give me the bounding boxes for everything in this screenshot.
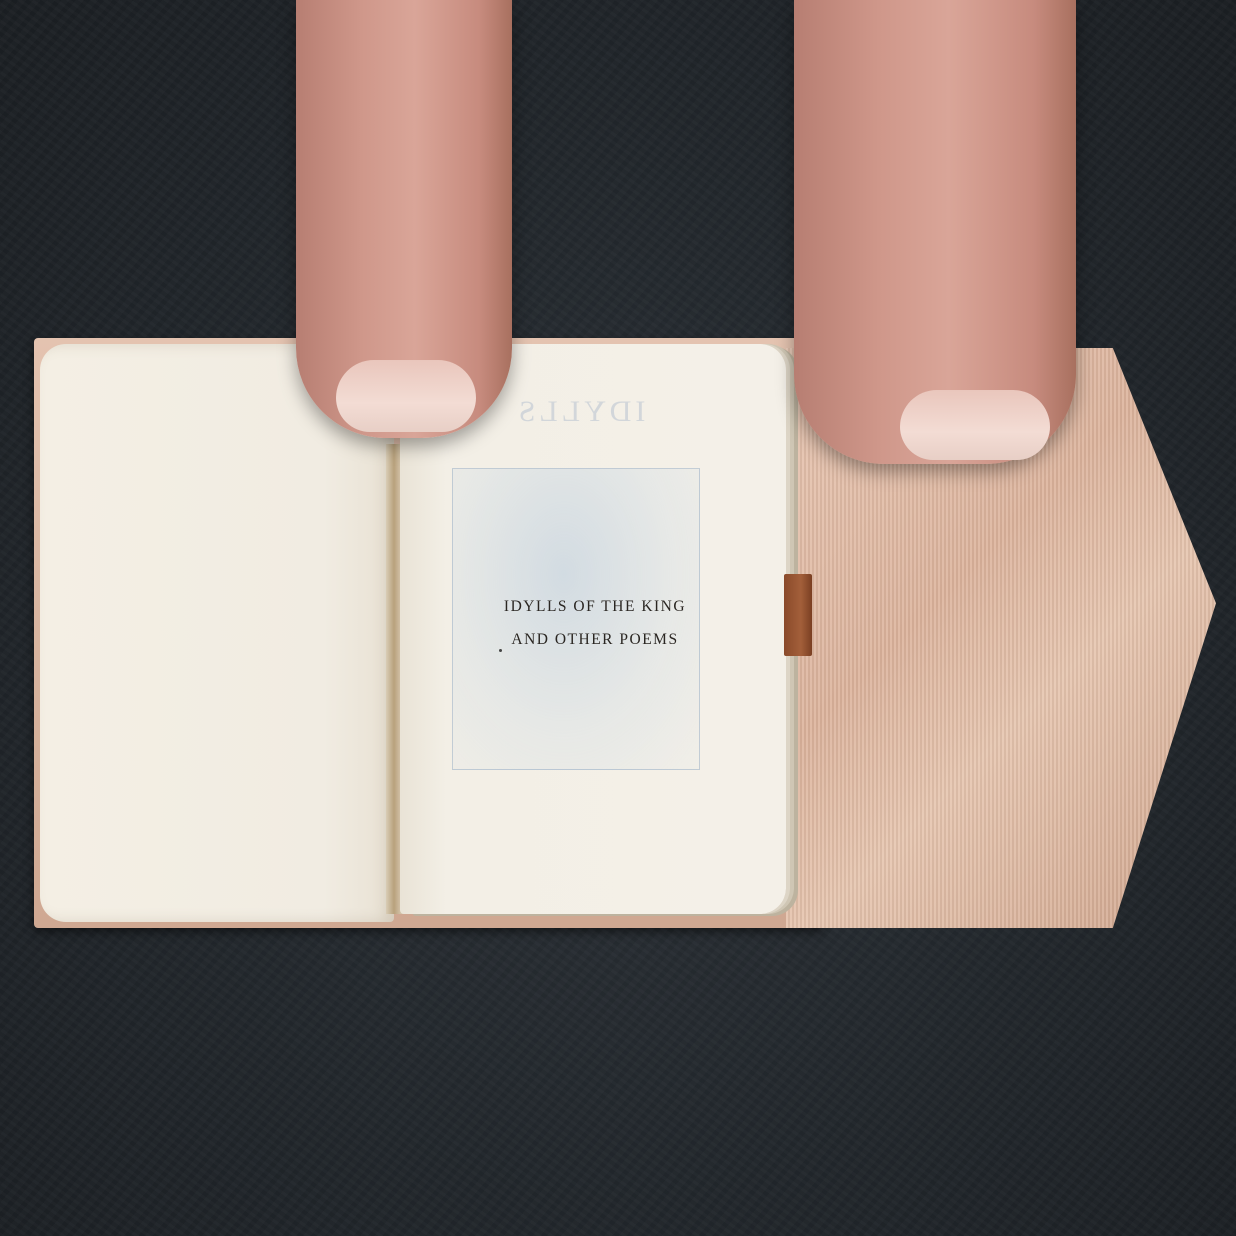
clasp-tab [784,574,812,656]
left-endpaper [40,344,394,922]
right-fingernail [900,390,1050,460]
title-line-2: AND OTHER POEMS [400,623,790,656]
title-line-1: IDYLLS OF THE KING [400,590,790,623]
left-fingernail [336,360,476,432]
title-ornament [499,649,502,652]
book-title: IDYLLS OF THE KING AND OTHER POEMS [400,590,790,656]
